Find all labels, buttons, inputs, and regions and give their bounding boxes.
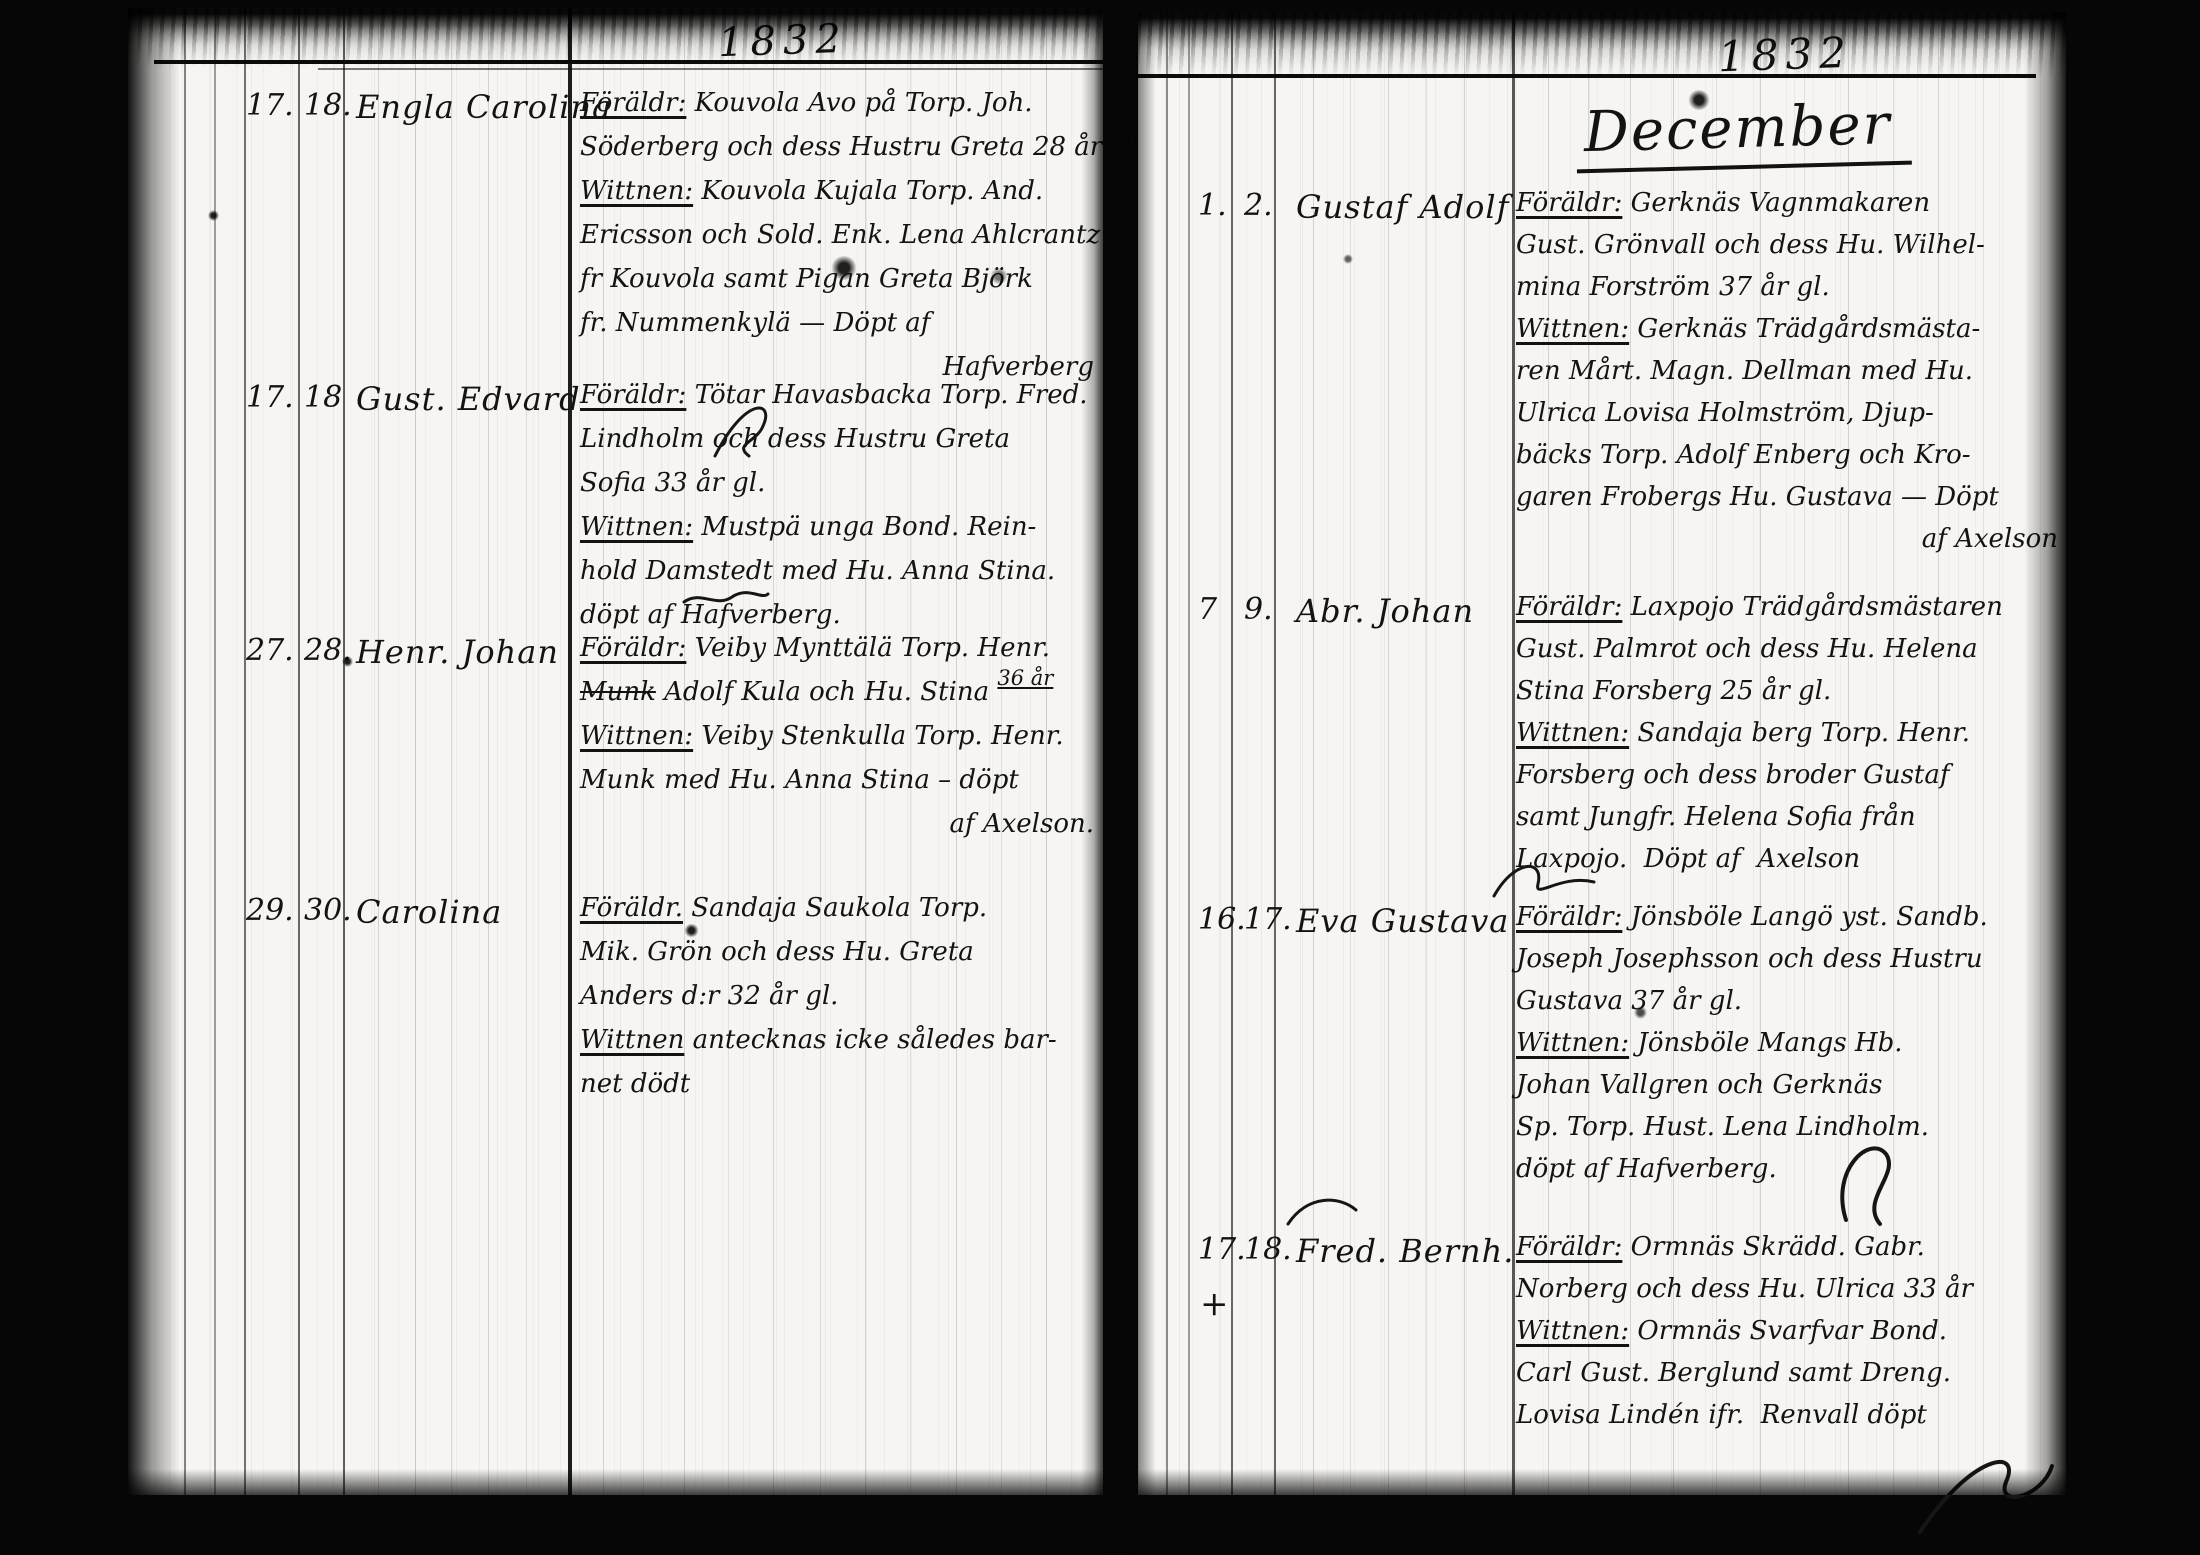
entry-text-line: Gustava 37 år gl.: [1516, 986, 2074, 1028]
underlined-label: Föräldr:: [580, 380, 686, 410]
line-text: Sandaja berg Torp. Henr.: [1629, 718, 1970, 748]
line-text: bäcks Torp. Adolf Enberg och Kro-: [1516, 440, 1971, 470]
entry-text-line: Wittnen: Mustpä unga Bond. Rein-: [580, 512, 1110, 556]
entry-text-line: Stina Forsberg 25 år gl.: [1516, 676, 2074, 718]
entry-text-line: Söderberg och dess Hustru Greta 28 år gl…: [580, 132, 1110, 176]
entry-text-line: Carl Gust. Berglund samt Dreng.: [1516, 1358, 2074, 1400]
ink-blot: [208, 210, 219, 221]
line-text: hold Damstedt med Hu. Anna Stina.: [580, 556, 1055, 586]
entry-text-line: Wittnen: Jönsböle Mangs Hb.: [1516, 1028, 2074, 1070]
entry-text-line: Föräldr: Gerknäs Vagnmakaren: [1516, 188, 2074, 230]
ink-flourish: [680, 588, 772, 610]
line-text: Adolf Kula och Hu. Stina: [656, 677, 997, 707]
line-text: Sandaja Saukola Torp.: [683, 893, 987, 923]
entry-text-line: Ulrica Lovisa Holmström, Djup-: [1516, 398, 2074, 440]
entry-child-name: Gustaf Adolf: [1296, 188, 1509, 226]
line-text: Gerknäs Vagnmakaren: [1622, 188, 1930, 218]
line-text: Ormnäs Svarfvar Bond.: [1629, 1316, 1947, 1346]
entries-left: 17.18.Engla CarolinaFöräldr: Kouvola Avo…: [128, 8, 1103, 1495]
underlined-label: Wittnen: [580, 1025, 684, 1055]
underlined-label: Föräldr:: [1516, 188, 1622, 218]
line-text: Jönsböle Langö yst. Sandb.: [1622, 902, 1987, 932]
entry-text-line: Sp. Torp. Hust. Lena Lindholm.: [1516, 1112, 2074, 1154]
underlined-label: Wittnen:: [1516, 314, 1629, 344]
line-text: Jönsböle Mangs Hb.: [1629, 1028, 1902, 1058]
entry-child-name: Engla Carolina: [356, 88, 612, 126]
line-text: döpt af Hafverberg.: [1516, 1154, 1777, 1184]
entry-child-name: Gust. Edvard: [356, 380, 581, 418]
ink-blot: [831, 256, 857, 280]
entry-text-line: samt Jungfr. Helena Sofia från: [1516, 802, 2074, 844]
entry-birth-date: 27.: [246, 633, 294, 668]
entry-text-block: Föräldr: Ormnäs Skrädd. Gabr.Norberg och…: [1516, 1232, 2074, 1442]
line-text: Joseph Josephsson och dess Hustru: [1516, 944, 1983, 974]
entries-right: 1.2.Gustaf AdolfFöräldr: Gerknäs Vagnmak…: [1138, 12, 2066, 1495]
ink-blot: [1688, 90, 1710, 110]
line-text: af Axelson.: [949, 809, 1094, 839]
entry-baptism-date: 17.: [1244, 902, 1292, 937]
underlined-label: Wittnen:: [580, 176, 693, 206]
entry-text-block: Föräldr: Gerknäs VagnmakarenGust. Grönva…: [1516, 188, 2074, 566]
right-page: 1832 December 1.2.Gustaf AdolfFöräldr: G…: [1138, 12, 2066, 1495]
document-scan: 1832 17.18.Engla CarolinaFöräldr: Kouvol…: [0, 0, 2200, 1555]
entry-text-line: Föräldr. Sandaja Saukola Torp.: [580, 893, 1110, 937]
line-text: Veiby Stenkulla Torp. Henr.: [693, 721, 1063, 751]
line-text: Laxpojo Trädgårdsmästaren: [1622, 592, 2002, 622]
entry-text-line: Joseph Josephsson och dess Hustru: [1516, 944, 2074, 986]
entry-birth-date: 29.: [246, 893, 294, 928]
entry-text-line: af Axelson.: [580, 809, 1110, 853]
line-text: Stina Forsberg 25 år gl.: [1516, 676, 1831, 706]
line-text: net dödt: [580, 1069, 690, 1099]
line-text: Ericsson och Sold. Enk. Lena Ahlcrantz: [580, 220, 1100, 250]
line-text: garen Frobergs Hu. Gustava — Döpt: [1516, 482, 1999, 512]
line-text: Ulrica Lovisa Holmström, Djup-: [1516, 398, 1934, 428]
entry-child-name: Abr. Johan: [1296, 592, 1474, 630]
line-text: af Axelson: [1922, 524, 2058, 554]
entry-birth-date: 1.: [1198, 188, 1227, 223]
entry-text-line: Wittnen antecknas icke således bar-: [580, 1025, 1110, 1069]
entry-birth-date: 17.: [1198, 1232, 1246, 1267]
line-text: Veiby Mynttälä Torp. Henr.: [686, 633, 1050, 663]
line-text: Johan Vallgren och Gerknäs: [1516, 1070, 1882, 1100]
underlined-label: Föräldr:: [1516, 1232, 1622, 1262]
line-text: Norberg och dess Hu. Ulrica 33 år: [1516, 1274, 1973, 1304]
line-text: Gust. Grönvall och dess Hu. Wilhel-: [1516, 230, 1985, 260]
entry-text-line: Lindholm och dess Hustru Greta: [580, 424, 1110, 468]
entry-text-line: Wittnen: Sandaja berg Torp. Henr.: [1516, 718, 2074, 760]
line-text: Sofia 33 år gl.: [580, 468, 765, 498]
entry-text-line: Föräldr: Ormnäs Skrädd. Gabr.: [1516, 1232, 2074, 1274]
entry-text-line: Wittnen: Veiby Stenkulla Torp. Henr.: [580, 721, 1110, 765]
entry-birth-date: 17.: [246, 380, 294, 415]
ink-flourish: [1284, 1192, 1366, 1234]
line-text: Carl Gust. Berglund samt Dreng.: [1516, 1358, 1951, 1388]
entry-baptism-date: 2.: [1244, 188, 1273, 223]
entry-child-name: Carolina: [356, 893, 502, 931]
entry-text-line: mina Forström 37 år gl.: [1516, 272, 2074, 314]
ink-blot: [684, 924, 699, 937]
entry-child-name: Fred. Bernh.: [1296, 1232, 1514, 1270]
entry-text-line: Wittnen: Kouvola Kujala Torp. And.: [580, 176, 1110, 220]
entry-text-line: hold Damstedt med Hu. Anna Stina.: [580, 556, 1110, 600]
entry-child-name: Eva Gustava: [1296, 902, 1509, 940]
ink-blot: [990, 268, 1008, 284]
line-text: mina Forström 37 år gl.: [1516, 272, 1830, 302]
line-text: Söderberg och dess Hustru Greta 28 år gl…: [580, 132, 1144, 162]
line-text: Gustava 37 år gl.: [1516, 986, 1742, 1016]
line-text: Ormnäs Skrädd. Gabr.: [1622, 1232, 1925, 1262]
entry-text-line: Forsberg och dess broder Gustaf: [1516, 760, 2074, 802]
line-text: Kouvola Kujala Torp. And.: [693, 176, 1043, 206]
underlined-label: Wittnen:: [580, 512, 693, 542]
underlined-label: Föräldr:: [580, 633, 686, 663]
entry-text-line: Munk med Hu. Anna Stina – döpt: [580, 765, 1110, 809]
ink-blot: [1634, 1006, 1647, 1019]
entry-text-line: Föräldr: Tötar Havasbacka Torp. Fred.: [580, 380, 1110, 424]
entry-baptism-date: 18.: [304, 88, 352, 123]
entry-baptism-date: 30.: [304, 893, 352, 928]
entry-cross-mark: +: [1200, 1284, 1229, 1324]
ink-blot: [342, 656, 353, 667]
entry-text-line: Gust. Palmrot och dess Hu. Helena: [1516, 634, 2074, 676]
entry-birth-date: 17.: [246, 88, 294, 123]
ink-flourish: [1488, 854, 1600, 906]
line-text: fr Kouvola samt Pigan Greta Björk: [580, 264, 1033, 294]
entry-text-line: fr. Nummenkylä — Döpt af: [580, 308, 1110, 352]
ink-flourish: [703, 384, 795, 466]
entry-baptism-date: 9.: [1244, 592, 1273, 627]
entry-baptism-date: 18: [304, 380, 342, 415]
underlined-label: Föräldr:: [580, 88, 686, 118]
left-page: 1832 17.18.Engla CarolinaFöräldr: Kouvol…: [128, 8, 1103, 1495]
entry-text-line: döpt af Hafverberg.: [1516, 1154, 2074, 1196]
line-text: Anders d:r 32 år gl.: [580, 981, 838, 1011]
entry-text-line: garen Frobergs Hu. Gustava — Döpt: [1516, 482, 2074, 524]
underlined-label: Wittnen:: [1516, 718, 1629, 748]
entry-text-line: net dödt: [580, 1069, 1110, 1113]
line-text: Kouvola Avo på Torp. Joh.: [686, 88, 1032, 118]
entry-text-block: Föräldr: Laxpojo TrädgårdsmästarenGust. …: [1516, 592, 2074, 886]
line-text: ren Mårt. Magn. Dellman med Hu.: [1516, 356, 1973, 386]
struck-text: Munk: [580, 677, 656, 707]
line-text: Gust. Palmrot och dess Hu. Helena: [1516, 634, 1978, 664]
line-text: Gerknäs Trädgårdsmästa-: [1629, 314, 1980, 344]
entry-birth-date: 16.: [1198, 902, 1246, 937]
line-text: Munk med Hu. Anna Stina – döpt: [580, 765, 1019, 795]
entry-birth-date: 7: [1198, 592, 1217, 627]
entry-text-block: Föräldr. Sandaja Saukola Torp.Mik. Grön …: [580, 893, 1110, 1113]
entry-text-line: af Axelson: [1516, 524, 2074, 566]
entry-text-block: Föräldr: Kouvola Avo på Torp. Joh.Söderb…: [580, 88, 1110, 396]
underlined-label: Wittnen:: [1516, 1028, 1629, 1058]
ink-flourish: [1910, 1436, 2062, 1548]
entry-text-line: Mik. Grön och dess Hu. Greta: [580, 937, 1110, 981]
line-text: Mik. Grön och dess Hu. Greta: [580, 937, 974, 967]
entry-text-line: bäcks Torp. Adolf Enberg och Kro-: [1516, 440, 2074, 482]
entry-text-line: Gust. Grönvall och dess Hu. Wilhel-: [1516, 230, 2074, 272]
entry-text-block: Föräldr: Tötar Havasbacka Torp. Fred.Lin…: [580, 380, 1110, 644]
entry-text-line: Föräldr: Laxpojo Trädgårdsmästaren: [1516, 592, 2074, 634]
ink-flourish: [1824, 1128, 1926, 1230]
line-text: Forsberg och dess broder Gustaf: [1516, 760, 1950, 790]
entry-text-line: Munk Adolf Kula och Hu. Stina 36 år: [580, 677, 1110, 721]
entry-text-line: Föräldr: Jönsböle Langö yst. Sandb.: [1516, 902, 2074, 944]
entry-text-line: Johan Vallgren och Gerknäs: [1516, 1070, 2074, 1112]
inserted-text: 36 år: [997, 666, 1053, 690]
entry-text-line: Wittnen: Gerknäs Trädgårdsmästa-: [1516, 314, 2074, 356]
line-text: Hafverberg: [943, 352, 1094, 382]
entry-baptism-date: 18.: [1244, 1232, 1292, 1267]
line-text: Lovisa Lindén ifr. Renvall döpt: [1516, 1400, 1927, 1430]
line-text: antecknas icke således bar-: [684, 1025, 1056, 1055]
entry-text-block: Föräldr: Jönsböle Langö yst. Sandb.Josep…: [1516, 902, 2074, 1196]
entry-text-line: Föräldr: Kouvola Avo på Torp. Joh.: [580, 88, 1110, 132]
underlined-label: Föräldr:: [1516, 902, 1622, 932]
entry-text-line: ren Mårt. Magn. Dellman med Hu.: [1516, 356, 2074, 398]
entry-text-block: Föräldr: Veiby Mynttälä Torp. Henr.Munk …: [580, 633, 1110, 853]
entry-text-line: Norberg och dess Hu. Ulrica 33 år: [1516, 1274, 2074, 1316]
underlined-label: Wittnen:: [580, 721, 693, 751]
entry-text-line: Sofia 33 år gl.: [580, 468, 1110, 512]
line-text: Mustpä unga Bond. Rein-: [693, 512, 1036, 542]
line-text: fr. Nummenkylä — Döpt af: [580, 308, 930, 338]
line-text: samt Jungfr. Helena Sofia från: [1516, 802, 1916, 832]
entry-text-line: Anders d:r 32 år gl.: [580, 981, 1110, 1025]
line-text: Lindholm och dess Hustru Greta: [580, 424, 1010, 454]
underlined-label: Föräldr:: [1516, 592, 1622, 622]
ink-blot: [1343, 254, 1353, 264]
underlined-label: Föräldr.: [580, 893, 683, 923]
entry-text-line: Wittnen: Ormnäs Svarfvar Bond.: [1516, 1316, 2074, 1358]
underlined-label: Wittnen:: [1516, 1316, 1629, 1346]
entry-child-name: Henr. Johan: [356, 633, 559, 671]
